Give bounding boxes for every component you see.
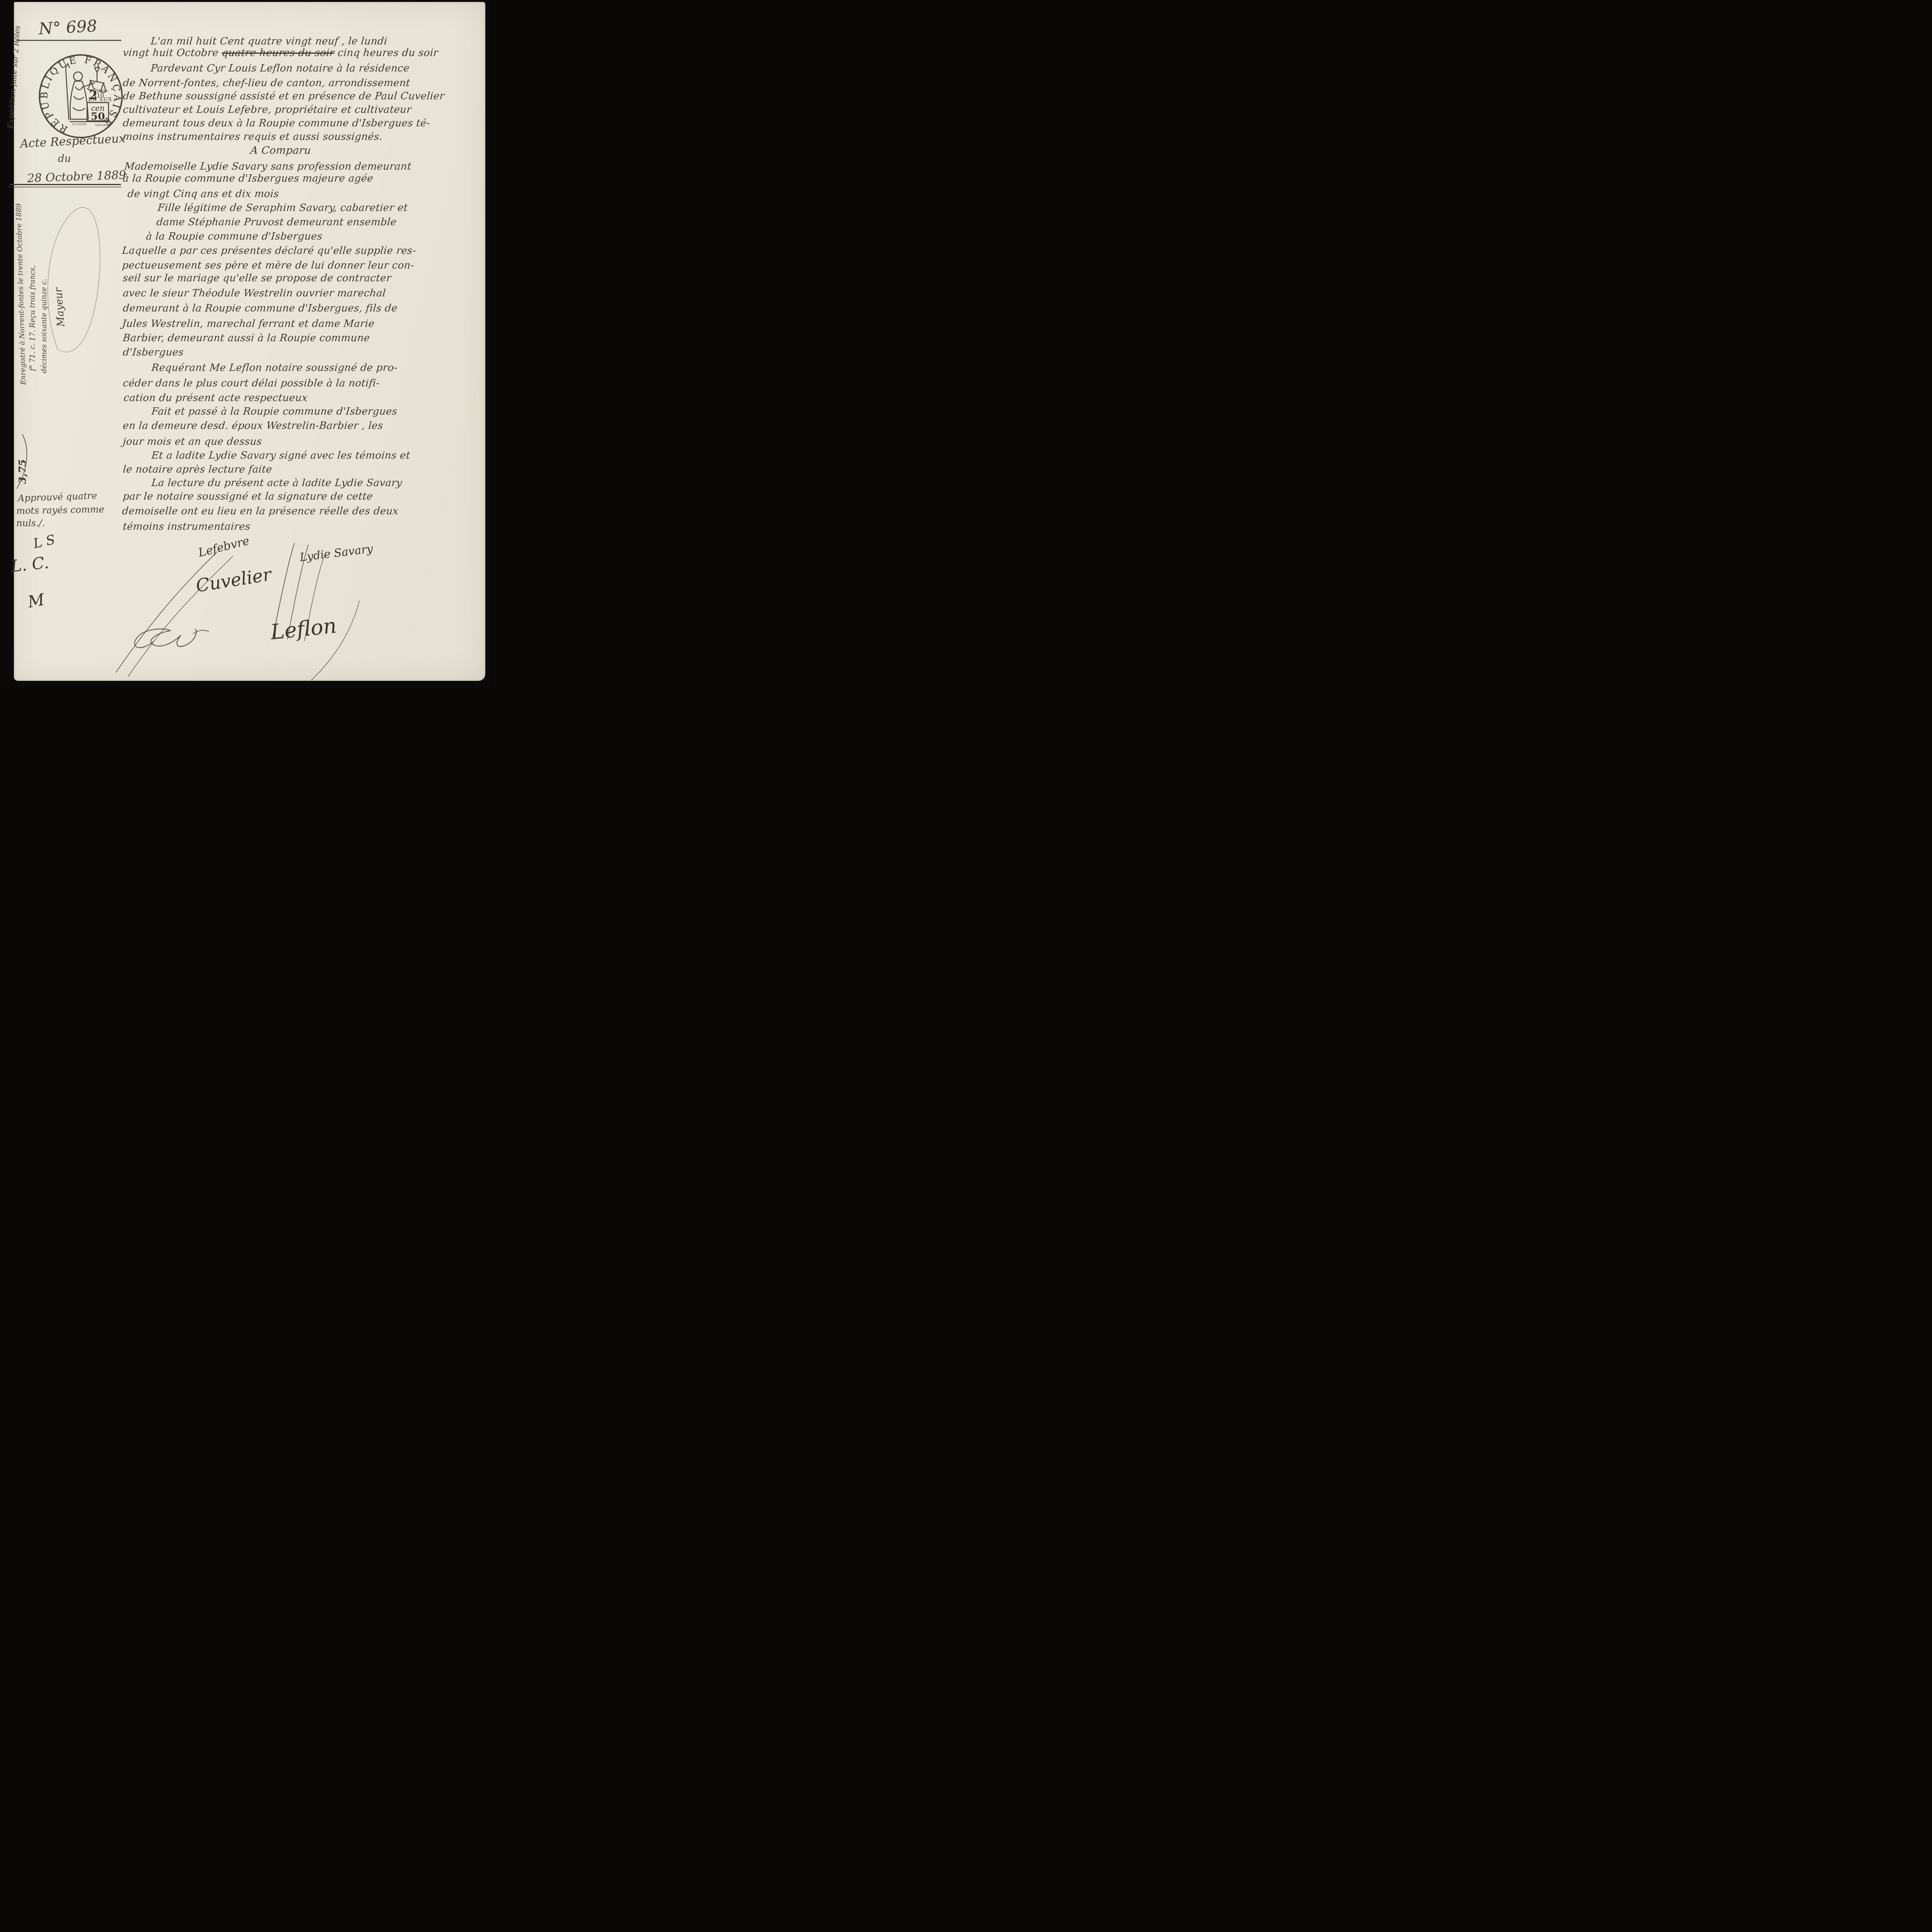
body-line: La lecture du présent acte à ladite Lydi… (151, 477, 403, 489)
body-line: Laquelle a par ces présentes déclaré qu'… (122, 245, 417, 257)
margin-box-rule-top (10, 184, 121, 185)
body-line: Mademoiselle Lydie Savary sans professio… (124, 161, 412, 172)
fee-amount: 3,75 (17, 459, 29, 484)
body-line: moins instrumentaires requis et aussi so… (122, 131, 383, 143)
body-line: Pardevant Cyr Louis Leflon notaire à la … (150, 63, 410, 74)
body-line: demeurant à la Roupie commune d'Isbergue… (122, 303, 398, 314)
body-line: jour mois et an que dessus (122, 436, 262, 447)
body-line: à la Roupie commune d'Isbergues (146, 231, 323, 242)
registration-line: f° 71. c. 17. Reçu trois francs, (27, 202, 39, 371)
paraph-initial: M (26, 590, 46, 612)
body-line: Fille légitime de Seraphim Savary, cabar… (157, 202, 408, 214)
body-line: de Norrent-fontes, chef-lieu de canton, … (122, 77, 411, 89)
seal-surtax-value: 2 MES 10 EN SUS (88, 88, 112, 103)
body-line-text: vingt huit Octobre (122, 47, 223, 59)
act-number: N° 698 (38, 16, 98, 38)
svg-text:50: 50 (91, 111, 105, 122)
engraver-oudine: OUDINÉ (72, 122, 87, 126)
body-line: de vingt Cinq ans et dix mois (127, 188, 279, 200)
body-line: seil sur le mariage qu'elle se propose d… (122, 272, 392, 284)
scanned-document-canvas: N° 698 RÉPUBLIQUE FRANÇAISE (0, 0, 491, 688)
body-line: L'an mil huit Cent quatre vingt neuf , l… (150, 36, 388, 47)
body-line: cultivateur et Louis Lefebre, propriétai… (122, 104, 412, 116)
body-line: de Bethune soussigné assisté et en prése… (122, 90, 445, 102)
body-line: demeurant tous deux à la Roupie commune … (122, 117, 430, 129)
body-line: avec le sieur Théodule Westrelin ouvrier… (122, 287, 386, 299)
body-line: Jules Westrelin, marechal ferrant et dam… (122, 318, 375, 330)
body-line: le notaire après lecture faite (122, 464, 273, 475)
body-line: Fait et passé à la Roupie commune d'Isbe… (151, 406, 398, 417)
act-title-line2: du (58, 153, 71, 165)
body-line: Barbier, demeurant aussi à la Roupie com… (122, 332, 371, 344)
engraver-tasset: TASSET (95, 123, 109, 127)
approval-line3: nuls./. (16, 518, 45, 529)
svg-text:EN SUS: EN SUS (88, 97, 112, 103)
initials-lc: L. C. (10, 553, 50, 576)
body-line: par le notaire soussigné et la signature… (122, 491, 373, 502)
seal-cen-50: cen 50 (91, 104, 105, 122)
struck-out-words: quatre heures du soir (221, 47, 335, 59)
body-line: cation du présent acte respectueux (123, 392, 308, 404)
body-line: pectueusement ses père et mère de lui do… (122, 260, 415, 271)
body-line-text: cinq heures du soir (334, 47, 439, 59)
registration-note: Enregistré à Norrent-fontes le trente Oc… (15, 202, 63, 385)
body-line: Requérant Me Leflon notaire soussigné de… (151, 362, 398, 374)
body-line: Et a ladite Lydie Savary signé avec les … (151, 450, 411, 461)
body-line: en la demeure desd. époux Westrelin-Barb… (122, 420, 384, 432)
approval-line2: mots rayés comme (16, 504, 104, 516)
margin-box-rule-bottom (9, 187, 121, 187)
body-line: d'Isbergues (122, 347, 184, 358)
body-heading-a-comparu: A Comparu (250, 145, 312, 156)
body-line: à la Roupie commune d'Isbergues majeure … (122, 173, 374, 184)
header-rule (16, 40, 121, 41)
body-line: dame Stéphanie Pruvost demeurant ensembl… (156, 216, 397, 228)
body-line: céder dans le plus court délai possible … (122, 378, 380, 389)
body-line: vingt huit Octobre quatre heures du soir… (122, 47, 439, 59)
body-line: demoiselle ont eu lieu en la présence ré… (122, 505, 399, 517)
tax-stamp-seal: RÉPUBLIQUE FRANÇAISE (37, 53, 124, 140)
body-line: témoins instrumentaires (122, 521, 251, 532)
